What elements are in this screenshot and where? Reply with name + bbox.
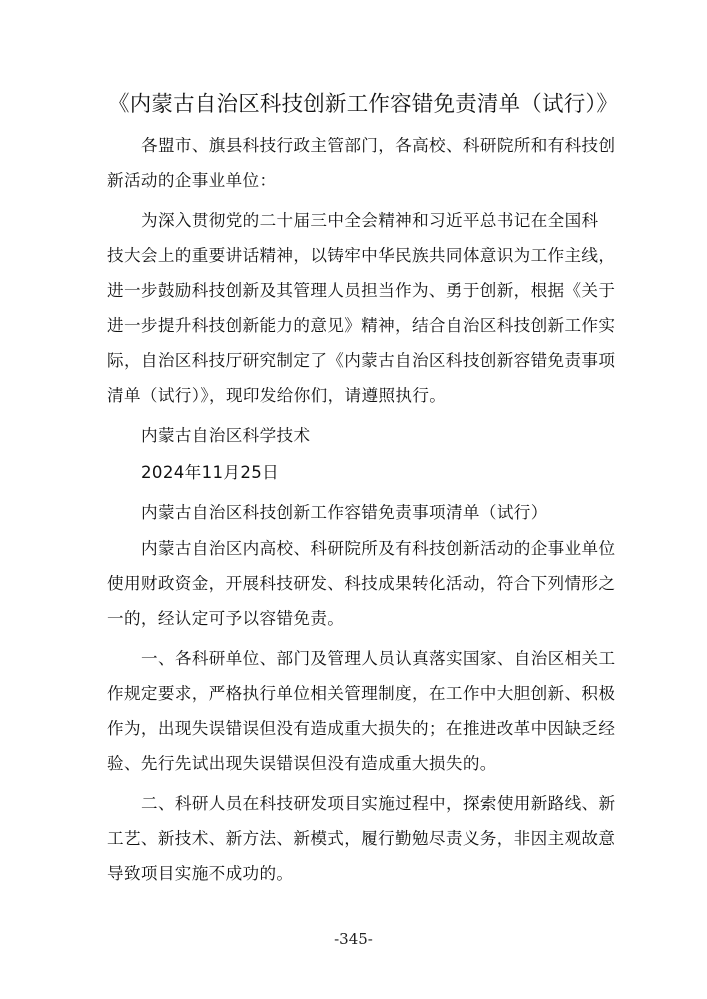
item-1-line: 作规定要求，严格执行单位相关管理制度，在工作中大胆创新、积极 [107, 683, 615, 705]
item-2-line: 工艺、新技术、新方法、新模式，履行勤勉尽责义务，非因主观故意 [107, 828, 615, 850]
scope-paragraph-line: 一的，经认定可予以容错免责。 [107, 608, 344, 630]
item-1-line: 一、各科研单位、部门及管理人员认真落实国家、自治区相关工 [141, 648, 615, 670]
document-page: 《内蒙古自治区科技创新工作容错免责清单（试行）》 各盟市、旗县科技行政主管部门，… [0, 0, 707, 999]
intro-paragraph-line: 清单（试行）》，现印发给你们，请遵照执行。 [107, 385, 446, 407]
scope-paragraph-line: 内蒙古自治区内高校、科研院所及有科技创新活动的企事业单位 [141, 538, 615, 560]
item-1-line: 验、先行先试出现失误错误但没有造成重大损失的。 [107, 753, 497, 775]
page-number: -345- [0, 930, 707, 948]
intro-paragraph-line: 际，自治区科技厅研究制定了《内蒙古自治区科技创新容错免责事项 [107, 350, 615, 372]
document-title: 《内蒙古自治区科技创新工作容错免责清单（试行）》 [108, 90, 628, 120]
item-2-line: 二、科研人员在科技研发项目实施过程中，探索使用新路线、新 [141, 793, 615, 815]
intro-paragraph-line: 进一步鼓励科技创新及其管理人员担当作为、勇于创新，根据《关于 [107, 280, 615, 302]
signature: 内蒙古自治区科学技术 [141, 425, 310, 447]
salutation-line: 新活动的企事业单位： [107, 170, 276, 192]
subtitle: 内蒙古自治区科技创新工作容错免责事项清单（试行） [141, 502, 548, 524]
scope-paragraph-line: 使用财政资金，开展科技研发、科技成果转化活动，符合下列情形之 [107, 573, 615, 595]
item-1-line: 作为，出现失误错误但没有造成重大损失的；在推进改革中因缺乏经 [107, 718, 615, 740]
salutation-line: 各盟市、旗县科技行政主管部门，各高校、科研院所和有科技创 [141, 135, 615, 157]
item-2-line: 导致项目实施不成功的。 [107, 863, 293, 885]
intro-paragraph-line: 进一步提升科技创新能力的意见》精神，结合自治区科技创新工作实 [107, 315, 615, 337]
intro-paragraph-line: 为深入贯彻党的二十届三中全会精神和习近平总书记在全国科 [141, 210, 598, 232]
date: 2024年11月25日 [141, 462, 279, 484]
intro-paragraph-line: 技大会上的重要讲话精神，以铸牢中华民族共同体意识为工作主线， [107, 245, 615, 267]
